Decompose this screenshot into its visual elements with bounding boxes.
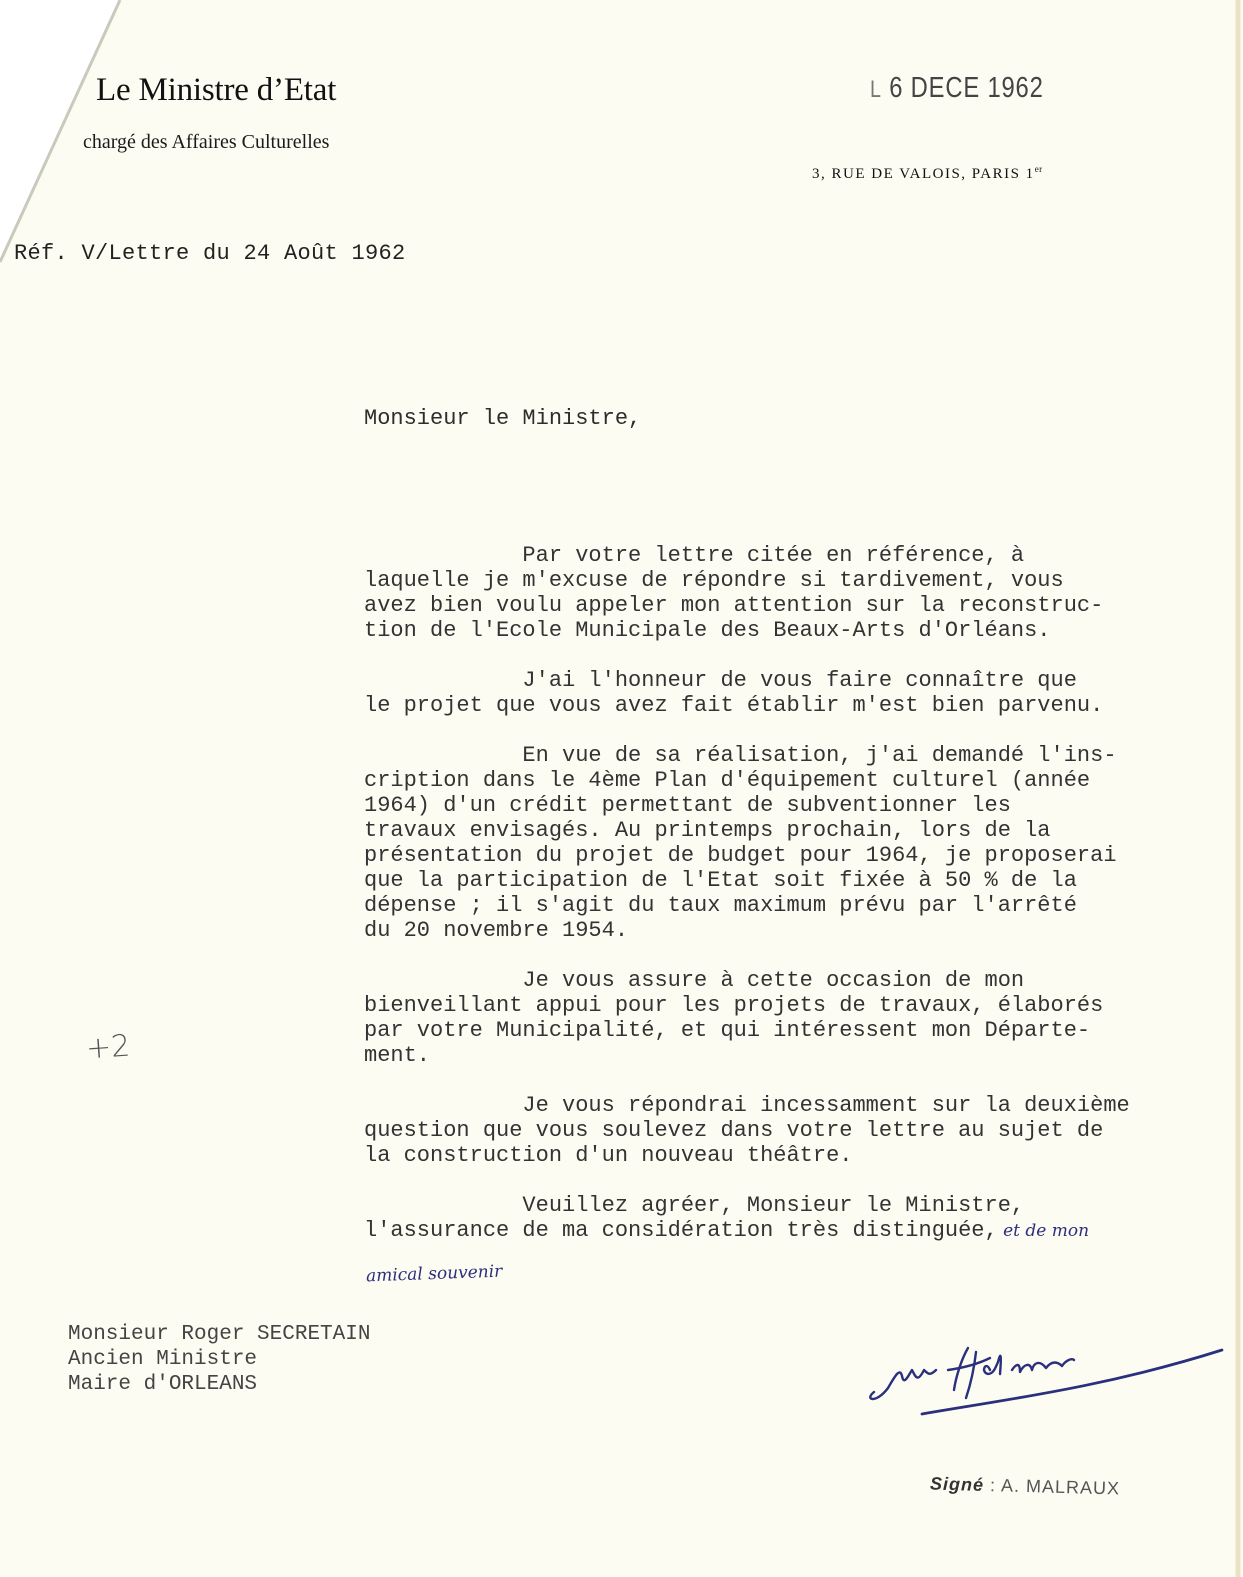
- date-stamp: L 6 DECE 1962: [870, 72, 1044, 105]
- date-stamp-text: 6 DECE 1962: [889, 72, 1043, 104]
- reference-line: Réf. V/Lettre du 24 Août 1962: [14, 241, 406, 266]
- recipient-block: Monsieur Roger SECRETAIN Ancien Ministre…: [68, 1322, 370, 1397]
- handwritten-addition-2: amical souvenir: [366, 1262, 503, 1287]
- letterhead-title: Le Ministre d’Etat: [96, 72, 336, 109]
- handwritten-signature: [862, 1330, 1232, 1430]
- address-suffix: er: [1035, 164, 1043, 174]
- closing-line-2: l'assurance de ma considération très dis…: [364, 1218, 998, 1243]
- margin-annotation: +2: [85, 1028, 132, 1066]
- signed-stamp-name: : A. MALRAUX: [990, 1475, 1121, 1498]
- paragraph-5: Je vous répondrai incessamment sur la de…: [364, 1093, 1234, 1168]
- paragraph-4: Je vous assure à cette occasion de mon b…: [364, 968, 1234, 1068]
- letter-body: Par votre lettre citée en référence, à l…: [364, 543, 1234, 1244]
- signed-stamp-label: Signé: [930, 1474, 985, 1495]
- handwritten-addition-1: et de mon: [998, 1221, 1089, 1241]
- letterhead-subtitle: chargé des Affaires Culturelles: [83, 131, 329, 154]
- closing-formula: Veuillez agréer, Monsieur le Ministre, l…: [364, 1193, 1234, 1244]
- paragraph-1: Par votre lettre citée en référence, à l…: [364, 543, 1234, 643]
- date-stamp-prefix: L: [870, 76, 882, 103]
- paragraph-2: J'ai l'honneur de vous faire connaître q…: [364, 668, 1234, 718]
- closing-line-1: Veuillez agréer, Monsieur le Ministre,: [364, 1193, 1024, 1218]
- paragraph-3: En vue de sa réalisation, j'ai demandé l…: [364, 743, 1234, 943]
- signed-stamp: Signé : A. MALRAUX: [930, 1474, 1121, 1500]
- salutation: Monsieur le Ministre,: [364, 406, 641, 431]
- letterhead-address: 3, RUE DE VALOIS, PARIS 1er: [812, 164, 1043, 183]
- address-text: 3, RUE DE VALOIS, PARIS 1: [812, 166, 1035, 182]
